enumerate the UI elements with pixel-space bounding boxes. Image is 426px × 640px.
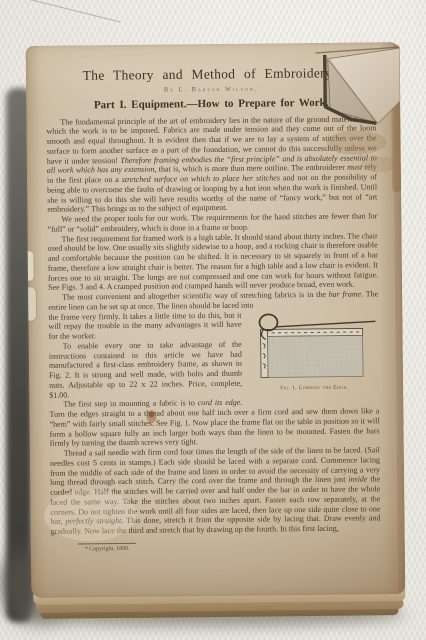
photo-of-booklet-page: { "colors": { "fabric_background": "#e9e… — [0, 0, 426, 640]
cording-the-edge-diagram — [248, 310, 379, 381]
paragraph: The first requirement for framed work is… — [48, 231, 379, 293]
text-run: cord its edge. — [198, 398, 243, 407]
footnote-marker: * — [335, 65, 339, 74]
text-run: must — [347, 163, 362, 172]
embroidery-figure: Fig. 1. Cording the Edge. — [248, 310, 379, 395]
figure-caption: Fig. 1. Cording the Edge. — [249, 384, 379, 395]
right-edge-stain — [393, 44, 406, 592]
text-run: We need the proper tools for our work. T… — [47, 211, 377, 233]
text-run: inside — [348, 475, 367, 484]
text-run: perfectly straight. — [65, 516, 123, 526]
title-text: The Theory and Method of Embroidery. — [83, 65, 335, 83]
paragraph: The fundamental principle of the art of … — [46, 114, 377, 215]
right-edge-stain — [391, 82, 401, 192]
needle — [276, 321, 375, 327]
text-run: To enable every one to take advantage of… — [49, 339, 242, 399]
page-title: The Theory and Method of Embroidery.* — [46, 64, 376, 84]
fabric-scratch-mark — [27, 0, 120, 23]
paragraph: Fig. 1. Cording the Edge. the frame very… — [48, 309, 378, 342]
fabric-swatch — [268, 335, 363, 377]
text-run: Turn the edges straight to a thread abou… — [49, 406, 379, 448]
body-text: The fundamental principle of the art of … — [46, 114, 380, 537]
cord-loop — [259, 314, 277, 330]
text-run: The first step in mounting a fabric is t… — [63, 398, 197, 408]
section-heading: Part I. Equipment.—How to Prepare for Wo… — [46, 96, 376, 111]
paragraph: Thread a sail needle with firm cord four… — [50, 445, 381, 536]
text-run: bar frame. — [329, 289, 364, 298]
byline: By L. Barton Wilson. — [46, 84, 376, 94]
footnote-rule — [78, 543, 136, 545]
text-run: Thread a sail needle with firm cord four… — [50, 445, 380, 487]
page-content: The Theory and Method of Embroidery.* By… — [46, 42, 381, 552]
paragraph: The first step in mounting a fabric is t… — [49, 397, 379, 449]
booklet: The Theory and Method of Embroidery.* By… — [26, 42, 406, 626]
text-run: The first requirement for framed work is… — [48, 231, 378, 292]
text-run: The most convenient and altogether scien… — [62, 290, 328, 302]
text-run: the frame very firmly. It takes a little… — [48, 310, 241, 341]
booklet-page: The Theory and Method of Embroidery.* By… — [26, 42, 406, 598]
footnote: * Copyright, 1899. — [85, 543, 381, 552]
